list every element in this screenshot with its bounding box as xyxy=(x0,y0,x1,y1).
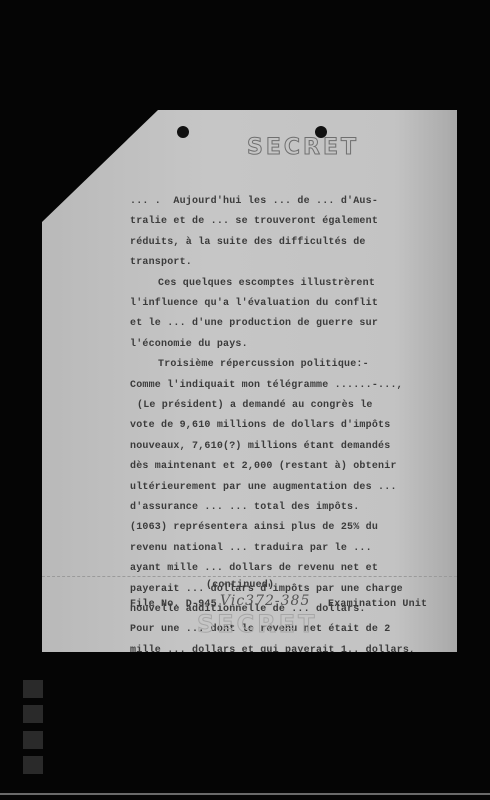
body-text-line: dès maintenant et 2,000 (restant à) obte… xyxy=(130,461,397,472)
body-text-line: mille ... dollars et qui payerait 1.. do… xyxy=(130,645,415,656)
body-text-line: d'assurance ... ... total des impôts. xyxy=(130,502,359,513)
body-text-line: ultérieurement par une augmentation des … xyxy=(130,482,397,493)
body-text-line: revenu national ... traduira par le ... xyxy=(130,543,372,554)
secret-stamp-bottom: SECRET xyxy=(197,610,318,638)
body-text-line: vote de 9,610 millions de dollars d'impô… xyxy=(130,420,390,431)
punch-hole-left xyxy=(177,126,189,138)
perforation-line xyxy=(42,576,457,577)
body-text-line: ... . Aujourd'hui les ... de ... d'Aus- xyxy=(130,196,378,207)
body-text-line: Troisième répercussion politique:- xyxy=(158,359,369,370)
body-text-line: nouveaux, 7,610(?) millions étant demand… xyxy=(130,441,390,452)
document-page: SECRET ... . Aujourd'hui les ... de ... … xyxy=(42,110,457,652)
body-text-line: et le ... d'une production de guerre sur xyxy=(130,318,378,329)
body-text-line: réduits, à la suite des difficultés de xyxy=(130,237,366,248)
film-sprocket-mark xyxy=(23,705,43,723)
body-text-line: l'influence qu'a l'évaluation du conflit xyxy=(130,298,378,309)
film-sprocket-mark xyxy=(23,756,43,774)
body-text-line: tralie et de ... se trouveront également xyxy=(130,216,378,227)
body-text-line: (1063) représentera ainsi plus de 25% du xyxy=(130,522,378,533)
handwritten-reference: Vic372-385 xyxy=(220,593,310,609)
secret-stamp-top: SECRET xyxy=(247,135,359,160)
body-text-line: (Le président) a demandé au congrès le xyxy=(137,400,373,411)
film-sprocket-mark xyxy=(23,731,43,749)
unit-label: Examination Unit xyxy=(328,599,427,610)
body-text-line: Ces quelques escomptes illustrèrent xyxy=(158,278,375,289)
film-edge-line xyxy=(0,793,490,795)
body-text-line: l'économie du pays. xyxy=(130,339,248,350)
body-text-line: Comme l'indiquait mon télégramme ......-… xyxy=(130,380,403,391)
file-number-label: File No. D-945 xyxy=(130,599,217,610)
body-text-line: transport. xyxy=(130,257,192,268)
continued-label: (continued) xyxy=(206,580,274,591)
film-sprocket-mark xyxy=(23,680,43,698)
body-text-line: ayant mille ... dollars de revenu net et xyxy=(130,563,378,574)
